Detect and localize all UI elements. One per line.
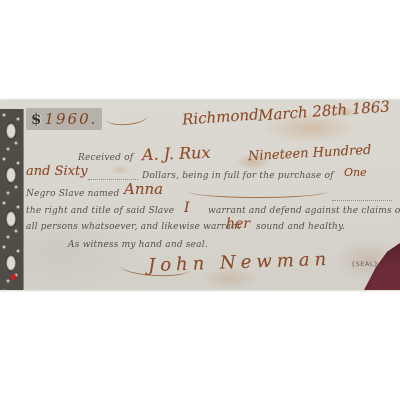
dotted-fill-line (332, 199, 392, 201)
amount-value: 1960. (44, 110, 97, 128)
witness-clause: As witness my hand and seal. (68, 240, 208, 250)
quantity-word: One (344, 166, 367, 179)
warrant-pronoun-2: her (226, 216, 250, 232)
warrant-clause2-end: sound and healthy. (256, 222, 345, 232)
document-photo: $ 1960. Richmond March 28th 1863 Receive… (0, 0, 400, 400)
name-flourish (188, 190, 328, 198)
amount-words-line1: Nineteen Hundred (248, 143, 372, 164)
dateline-date: March 28th 1863 (258, 97, 391, 124)
paper-document: $ 1960. Richmond March 28th 1863 Receive… (0, 100, 400, 290)
dateline-place: Richmond (181, 105, 259, 128)
warrant-clause-cont: warrant and defend against the claims of (208, 206, 400, 216)
dollar-sign-icon: $ (31, 110, 41, 128)
warrant-clause2-start: all persons whatsoever, and likewise war… (26, 222, 241, 232)
seal-mark: {SEAL} (351, 260, 379, 268)
amount-words-line2: and Sixty (26, 164, 88, 179)
amount-stamp: $ 1960. (26, 108, 102, 130)
payer-name: A. J. Rux (142, 143, 211, 164)
slave-name: Anna (124, 180, 163, 198)
lace-border-ornament (0, 109, 24, 290)
slave-named-label: Negro Slave named (26, 189, 119, 199)
red-ink-dot (11, 274, 16, 280)
flourish-line (106, 114, 149, 127)
received-label: Received of (78, 153, 133, 163)
dollars-clause: Dollars, being in full for the purchase … (142, 171, 334, 181)
warrant-pronoun-1: I (184, 200, 190, 216)
warrant-clause-start: the right and title of said Slave (26, 206, 174, 216)
